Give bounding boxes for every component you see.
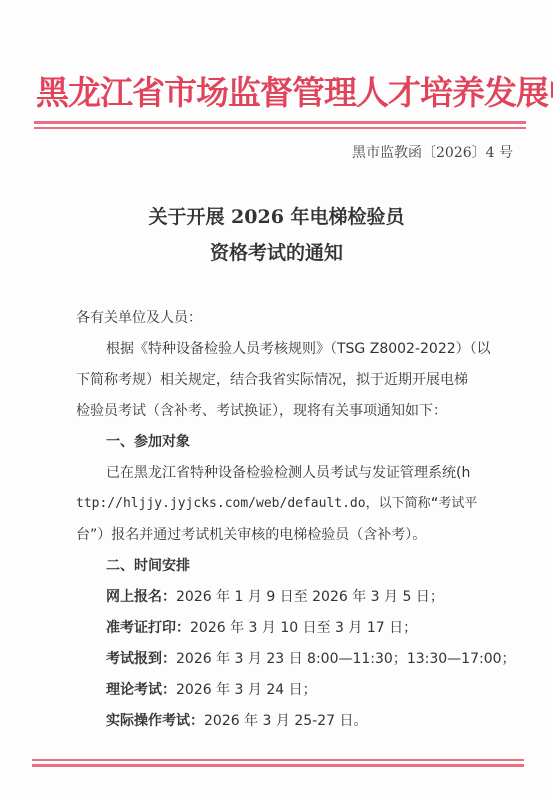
organization-letterhead-title: 黑龙江省市场监督管理人才培养发展中心 [36,70,526,116]
schedule-value: 2026 年 3 月 25-27 日。 [204,713,367,729]
schedule-item-online-registration: 网上报名：2026 年 1 月 9 日至 2026 年 3 月 5 日； [106,587,546,607]
schedule-label: 考试报到： [106,651,176,667]
schedule-item-admission-ticket: 准考证打印：2026 年 3 月 10 日至 3 月 17 日； [106,618,546,638]
header-thin-rule [34,127,526,129]
footer-thin-rule [32,759,524,761]
schedule-value: 2026 年 3 月 24 日； [176,682,317,698]
schedule-item-practical-exam: 实际操作考试：2026 年 3 月 25-27 日。 [106,711,546,731]
footer-thick-rule [32,764,524,767]
header-thick-rule [34,121,526,124]
participants-line-2-url: ttp://hljjy.jyjcks.com/web/default.do，以下… [76,494,516,514]
schedule-label: 网上报名： [106,589,176,605]
schedule-label: 实际操作考试： [106,713,204,729]
schedule-value: 2026 年 1 月 9 日至 2026 年 3 月 5 日； [176,589,444,605]
intro-paragraph-line-1: 根据《特种设备检验人员考核规则》（TSG Z8002-2022）（以 [106,339,546,359]
section-heading-participants: 一、参加对象 [106,432,546,452]
schedule-value: 2026 年 3 月 23 日 8:00—11:30；13:30—17:00； [176,651,516,667]
participants-line-1: 已在黑龙江省特种设备检验检测人员考试与发证管理系统(h [106,463,546,483]
intro-paragraph-line-3: 检验员考试（含补考、考试换证），现将有关事项通知如下： [76,401,516,421]
schedule-item-theory-exam: 理论考试：2026 年 3 月 24 日； [106,680,546,700]
section-heading-schedule: 二、时间安排 [106,556,546,576]
notice-title-line-1: 关于开展 2026 年电梯检验员 [100,202,453,229]
schedule-value: 2026 年 3 月 10 日至 3 月 17 日； [190,620,417,636]
notice-title-line-2: 资格考试的通知 [100,238,453,265]
schedule-item-check-in: 考试报到：2026 年 3 月 23 日 8:00—11:30；13:30—17… [106,649,546,669]
schedule-label: 理论考试： [106,682,176,698]
intro-paragraph-line-2: 下简称考规）相关规定，结合我省实际情况，拟于近期开展电梯 [76,370,516,390]
document-number: 黑市监教函〔2026〕4 号 [300,142,513,162]
schedule-label: 准考证打印： [106,620,190,636]
participants-line-3: 台”）报名并通过考试机关审核的电梯检验员（含补考）。 [76,525,516,545]
salutation: 各有关单位及人员： [76,308,516,328]
